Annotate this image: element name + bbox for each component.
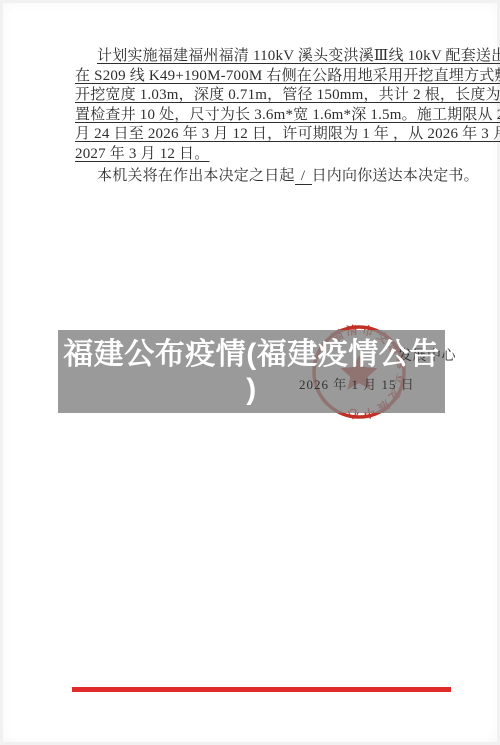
body-line: 在 S209 线 K49+190M-700M 右侧在公路用地采用开挖直埋方式敷设… [75, 67, 453, 87]
closing-suffix: 日内向你送达本决定书。 [312, 168, 479, 184]
body-line-text: 2027 年 3 月 12 日。 [75, 146, 209, 162]
document-page: 计划实施福建福州福清 110kV 溪头变洪溪Ⅲ线 10kV 配套送出工程， 在 … [0, 0, 500, 745]
body-line: 置检查井 10 处，尺寸为长 3.6m*宽 1.6m*深 1.5m。施工期限从 … [75, 106, 453, 126]
body-line-text: 在 S209 线 K49+190M-700M 右侧在公路用地采用开挖直埋方式敷设… [75, 68, 500, 84]
fill-in-blank: / [295, 169, 312, 185]
body-line: 2027 年 3 月 12 日。 [75, 145, 453, 165]
body-line-text: 计划实施福建福州福清 110kV 溪头变洪溪Ⅲ线 10kV 配套送出工程， [97, 48, 500, 64]
document-body: 计划实施福建福州福清 110kV 溪头变洪溪Ⅲ线 10kV 配套送出工程， 在 … [75, 47, 453, 186]
body-line: 计划实施福建福州福清 110kV 溪头变洪溪Ⅲ线 10kV 配套送出工程， [75, 47, 453, 67]
body-line-text: 置检查井 10 处，尺寸为长 3.6m*宽 1.6m*深 1.5m。施工期限从 … [75, 107, 500, 123]
overlay-title-line1: 福建公布疫情(福建疫情公告 [63, 337, 440, 372]
body-line-text: 月 24 日至 2026 年 3 月 12 日，许可期限为 1 年 ，从 202… [75, 126, 500, 142]
overlay-title-line2: ) [246, 372, 257, 407]
body-line: 开挖宽度 1.03m，深度 0.71m，管径 150mm，共计 2 根，长度为 … [75, 86, 453, 106]
red-divider [72, 687, 451, 692]
body-line: 月 24 日至 2026 年 3 月 12 日，许可期限为 1 年 ，从 202… [75, 125, 453, 145]
closing-prefix: 本机关将在作出本决定之日起 [97, 168, 295, 184]
overlay-title: 福建公布疫情(福建疫情公告 ) [58, 330, 445, 413]
closing-line: 本机关将在作出本决定之日起/日内向你送达本决定书。 [75, 167, 453, 187]
body-line-text: 开挖宽度 1.03m，深度 0.71m，管径 150mm，共计 2 根，长度为 … [75, 87, 500, 103]
